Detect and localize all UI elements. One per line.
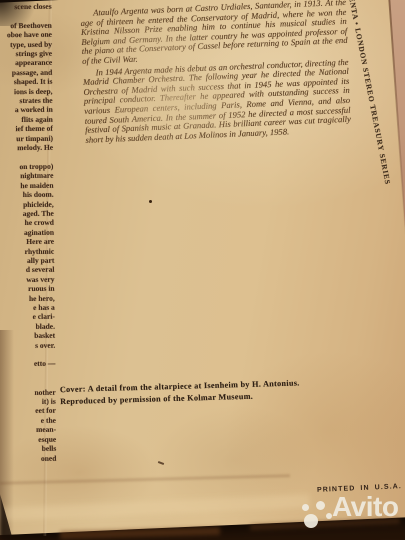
avito-watermark: Avito bbox=[292, 494, 404, 538]
listing-photo: scene closes of Beethoven oboe have one … bbox=[0, 0, 405, 540]
paper-speck bbox=[149, 200, 152, 203]
avito-wordmark: Avito bbox=[332, 491, 398, 523]
ink-fade-patch bbox=[98, 55, 258, 147]
avito-dots-icon bbox=[316, 501, 325, 510]
avito-dots-icon bbox=[304, 514, 318, 528]
ink-fade-patch bbox=[88, 20, 228, 68]
liner-notes-column-fragment: scene closes of Beethoven oboe have one … bbox=[0, 2, 56, 463]
avito-dots-icon bbox=[302, 504, 309, 511]
